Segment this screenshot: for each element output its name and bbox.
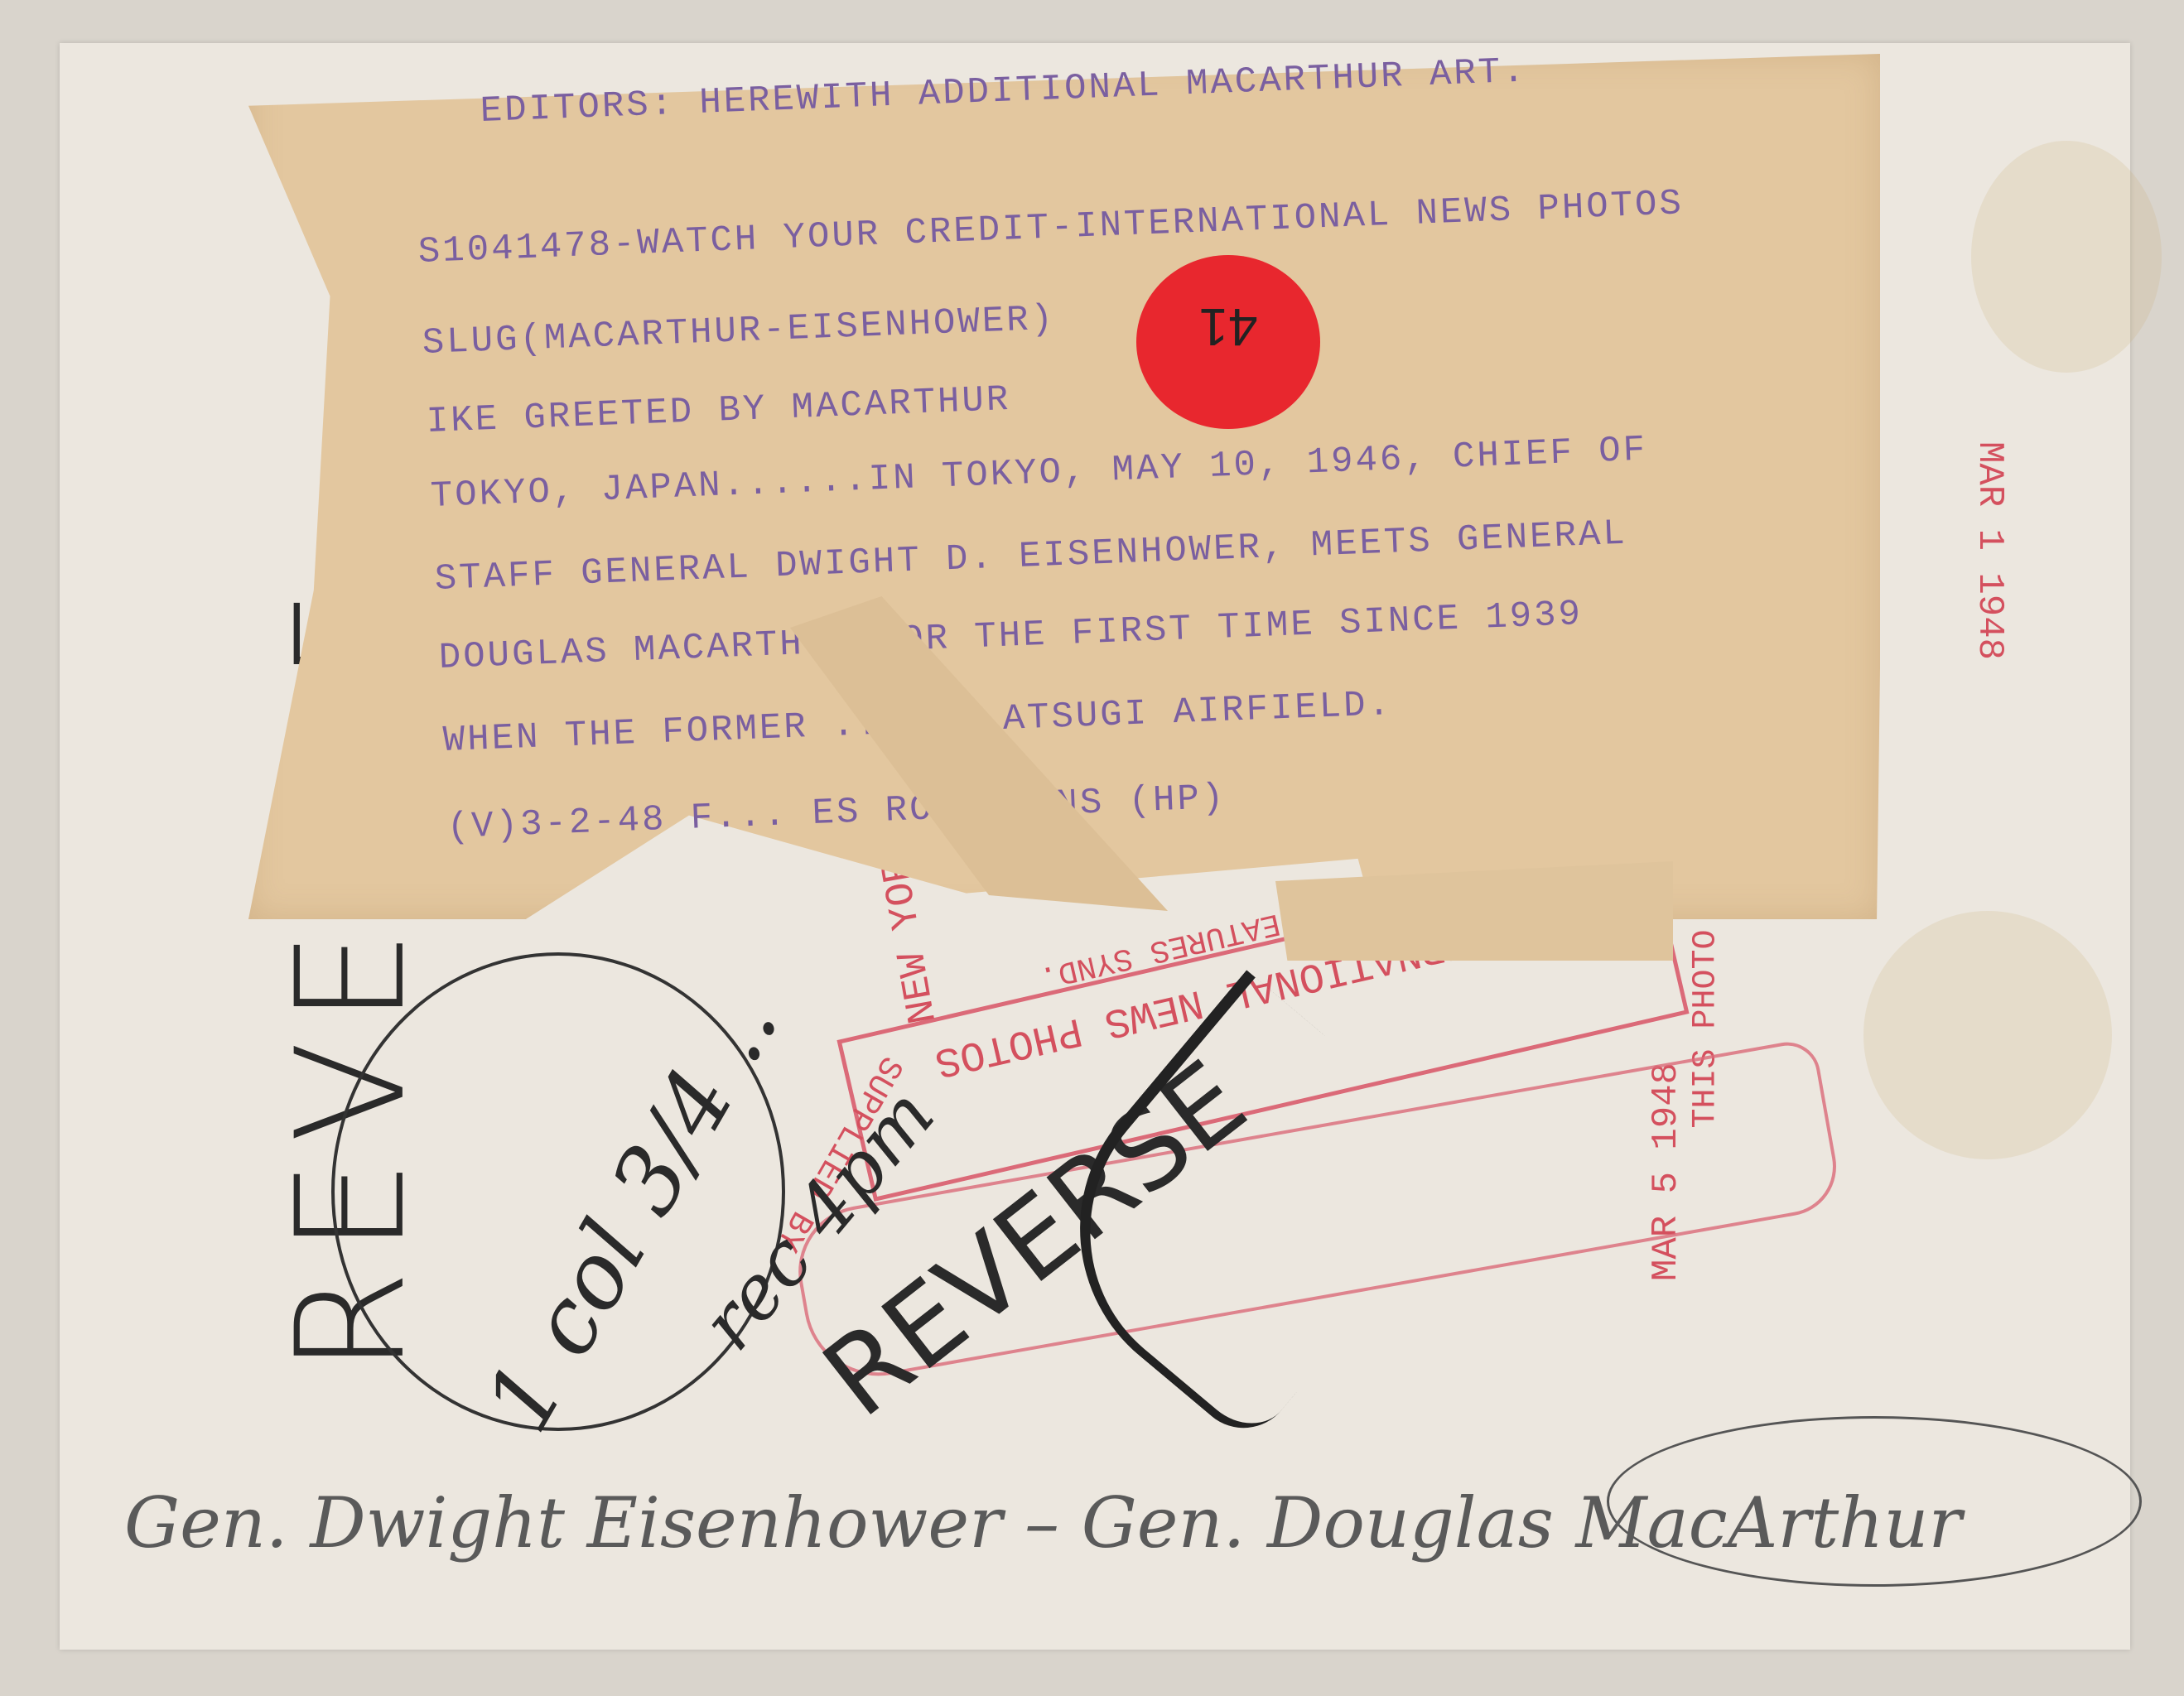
bottom-caption: Gen. Dwight Eisenhower – Gen. Douglas Ma… xyxy=(124,1482,1962,1563)
sticker-number: 41 xyxy=(1136,296,1320,358)
water-stain xyxy=(1863,911,2112,1159)
number-sticker: 41 xyxy=(1136,255,1320,429)
water-stain xyxy=(1971,141,2162,373)
date-stamp-top: MAR 1 1948 xyxy=(1969,441,2010,660)
